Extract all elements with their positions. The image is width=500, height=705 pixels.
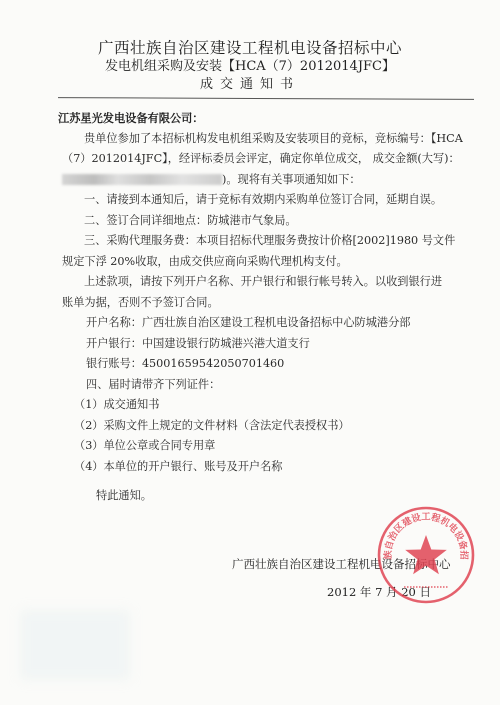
bank-name: 开户银行：中国建设银行防城港兴港大道支行 — [62, 334, 478, 355]
bank-account-number: 银行账号：45001659542050701460 — [62, 354, 478, 375]
intro-line-1: 贵单位参加了本招标机构发电机组采购及安装项目的竞标，竞标编号：【HCA — [62, 129, 478, 150]
item-3-line-2: 规定下浮 20%收取，由成交供应商向采购代理机构支付。 — [62, 252, 478, 273]
intro-line-3: )。现将有关事项通知如下： — [62, 170, 478, 191]
official-seal-icon: 广西壮族自治区建设工程机电设备招标中心 — [376, 505, 476, 605]
item-1: 一、请接到本通知后，请于竞标有效期内采购单位签订合同，延期自误。 — [62, 190, 478, 211]
addressee: 江苏星光发电设备有限公司： — [58, 108, 478, 129]
document-header: 广西壮族自治区建设工程机电设备招标中心 发电机组采购及安装【HCA（7）2012… — [0, 38, 500, 94]
required-docs-heading: 四、届时请带齐下列证件： — [62, 375, 478, 396]
required-doc-item: （3）单位公章或合同专用章 — [62, 436, 478, 457]
project-title: 发电机组采购及安装【HCA（7）2012014JFC】 — [0, 58, 500, 76]
scan-artifact — [20, 610, 130, 680]
item-2: 二、签订合同详细地点：防城港市气象局。 — [62, 211, 478, 232]
required-doc-item: （1）成交通知书 — [62, 395, 478, 416]
intro-line-3-text: )。现将有关事项通知如下： — [222, 173, 361, 186]
issuing-organization: 广西壮族自治区建设工程机电设备招标中心 — [0, 38, 500, 58]
intro-line-2: （7）2012014JFC】，经评标委员会评定，确定你单位成交， 成交金额(大写… — [62, 149, 478, 170]
header-divider — [58, 97, 474, 100]
closing-statement: 特此通知。 — [62, 486, 478, 507]
required-doc-item: （4）本单位的开户银行、账号及开户名称 — [62, 457, 478, 478]
document-body: 江苏星光发电设备有限公司： 贵单位参加了本招标机构发电机组采购及安装项目的竞标，… — [62, 108, 478, 507]
document-type-title: 成交通知书 — [0, 76, 500, 94]
required-doc-item: （2）采购文件上规定的文件材料（含法定代表授权书） — [62, 416, 478, 437]
notice-page: 广西壮族自治区建设工程机电设备招标中心 发电机组采购及安装【HCA（7）2012… — [0, 0, 500, 705]
payment-line-2: 账单为据，否则不予签订合同。 — [62, 293, 478, 314]
bank-account-name: 开户名称：广西壮族自治区建设工程机电设备招标中心防城港分部 — [62, 313, 478, 334]
redacted-amount — [62, 174, 222, 185]
item-3-line-1: 三、采购代理服务费：本项目招标代理服务费按计价格[2002]1980 号文件 — [62, 231, 478, 252]
payment-line-1: 上述款项，请按下列开户名称、开户银行和银行帐号转入。以收到银行进 — [62, 272, 478, 293]
